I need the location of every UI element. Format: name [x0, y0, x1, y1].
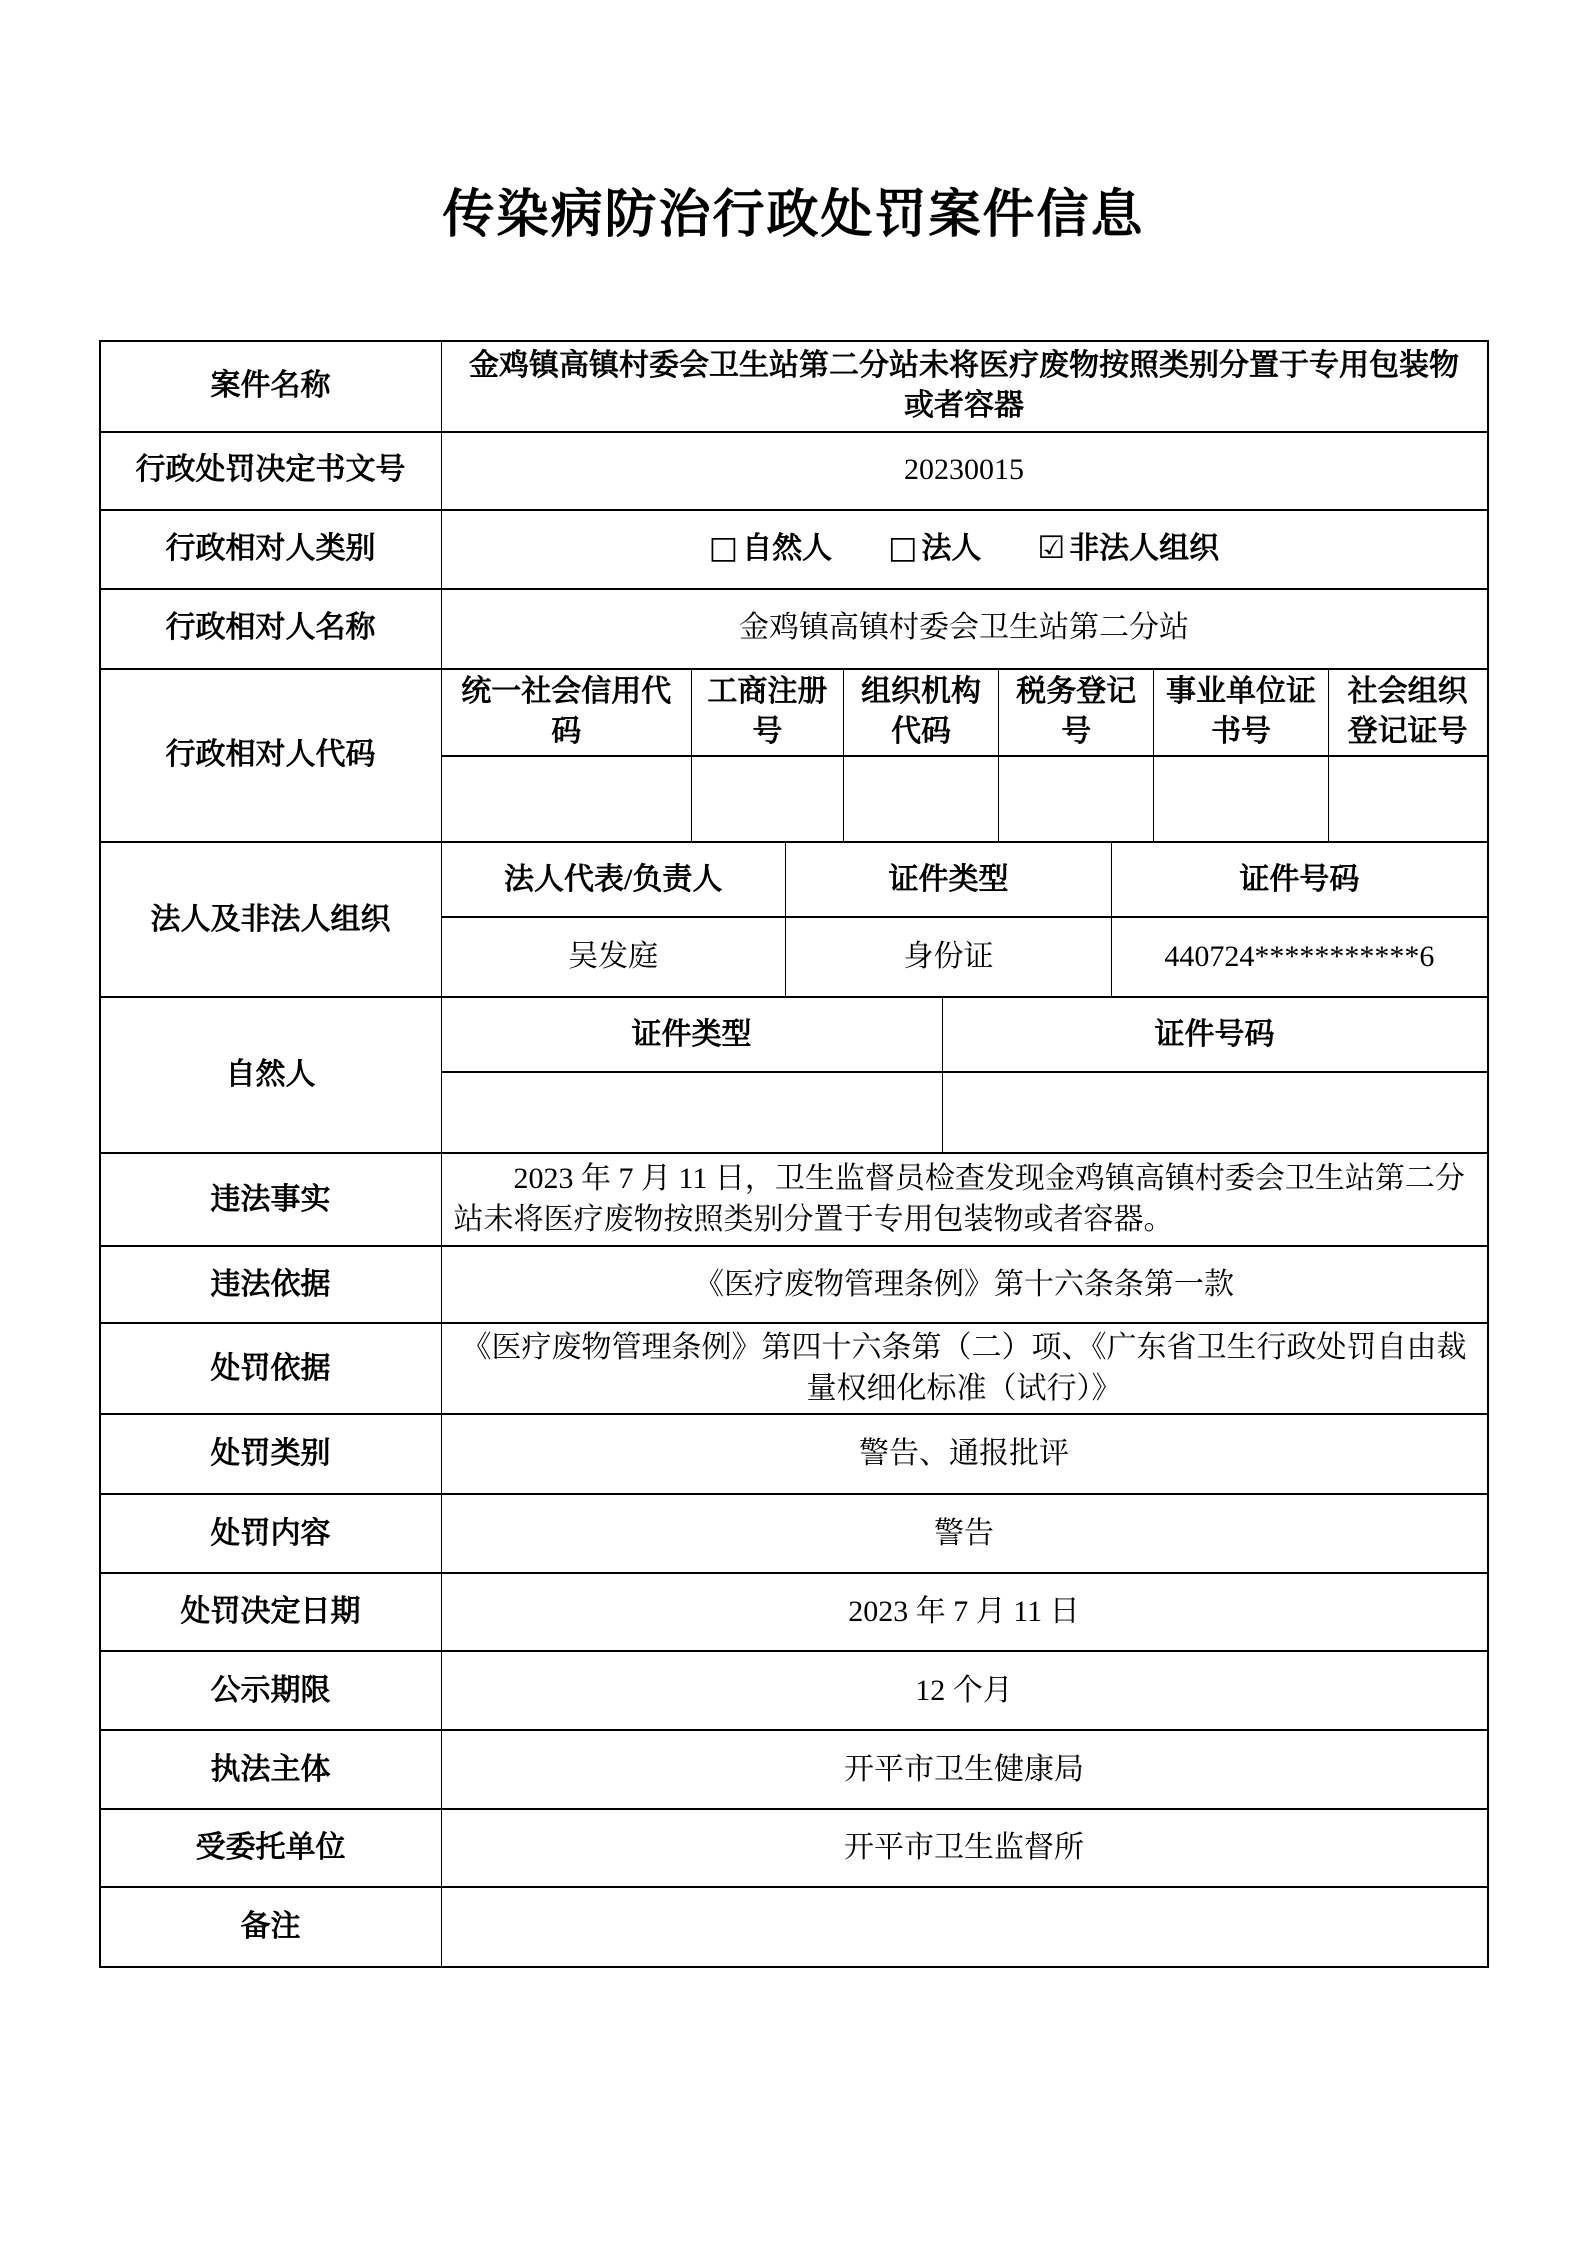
penalty-type-value: 警告、通报批评	[442, 1415, 1487, 1493]
subtable-value	[942, 1073, 1487, 1152]
row-label: 法人及非法人组织	[101, 843, 442, 996]
legal-org-subtable: 法人代表/负责人 证件类型 证件号码 吴发庭 身份证 440724*******…	[442, 843, 1487, 996]
option-label: 法人	[921, 529, 981, 570]
subtable-value	[1153, 757, 1328, 842]
subtable-header: 事业单位证书号	[1153, 670, 1328, 757]
subtable-value	[691, 757, 843, 842]
decision-doc-no-value: 20230015	[442, 433, 1487, 509]
checkbox-unchecked-icon: □	[709, 533, 738, 564]
table-row-party-codes: 行政相对人代码 统一社会信用代码 工商注册号 组织机构代码 税务登记号 事业单位…	[101, 668, 1487, 842]
illegal-basis-value: 《医疗废物管理条例》第十六条条第一款	[442, 1247, 1487, 1322]
row-label: 行政处罚决定书文号	[101, 433, 442, 509]
table-row-case-name: 案件名称 金鸡镇高镇村委会卫生站第二分站未将医疗废物按照类别分置于专用包装物或者…	[101, 342, 1487, 431]
enforcement-body-value: 开平市卫生健康局	[442, 1731, 1487, 1808]
subtable-header: 证件号码	[942, 998, 1487, 1073]
cert-number-value: 440724***********6	[1111, 918, 1486, 996]
party-type-options: □ 自然人 □ 法人 ☑ 非法人组织	[442, 511, 1487, 588]
table-row-party-name: 行政相对人名称 金鸡镇高镇村委会卫生站第二分站	[101, 588, 1487, 668]
row-label: 自然人	[101, 998, 442, 1152]
case-name-value: 金鸡镇高镇村委会卫生站第二分站未将医疗废物按照类别分置于专用包装物或者容器	[442, 342, 1487, 431]
legal-rep-name: 吴发庭	[442, 918, 785, 996]
row-label: 公示期限	[101, 1652, 442, 1729]
option-label: 非法人组织	[1069, 529, 1219, 570]
table-row-publicity-period: 公示期限 12 个月	[101, 1650, 1487, 1729]
table-row-remarks: 备注	[101, 1886, 1487, 1966]
option-natural-person: □ 自然人	[709, 529, 832, 570]
publicity-period-value: 12 个月	[442, 1652, 1487, 1729]
row-label: 行政相对人名称	[101, 590, 442, 668]
page-title: 传染病防治行政处罚案件信息	[0, 0, 1587, 250]
table-row-illegal-facts: 违法事实 2023 年 7 月 11 日，卫生监督员检查发现金鸡镇高镇村委会卫生…	[101, 1152, 1487, 1245]
table-row-penalty-type: 处罚类别 警告、通报批评	[101, 1413, 1487, 1493]
penalty-date-value: 2023 年 7 月 11 日	[442, 1574, 1487, 1650]
table-row-penalty-date: 处罚决定日期 2023 年 7 月 11 日	[101, 1572, 1487, 1650]
subtable-value	[442, 1073, 942, 1152]
subtable-header: 统一社会信用代码	[442, 670, 692, 757]
row-label: 执法主体	[101, 1731, 442, 1808]
table-row-illegal-basis: 违法依据 《医疗废物管理条例》第十六条条第一款	[101, 1245, 1487, 1322]
table-row-entrusted-unit: 受委托单位 开平市卫生监督所	[101, 1808, 1487, 1886]
subtable-header: 证件号码	[1111, 843, 1486, 918]
illegal-facts-cell: 2023 年 7 月 11 日，卫生监督员检查发现金鸡镇高镇村委会卫生站第二分站…	[442, 1154, 1487, 1245]
party-codes-subtable: 统一社会信用代码 工商注册号 组织机构代码 税务登记号 事业单位证书号 社会组织…	[442, 670, 1487, 842]
natural-person-subtable: 证件类型 证件号码	[442, 998, 1487, 1152]
row-label: 备注	[101, 1888, 442, 1966]
checkbox-unchecked-icon: □	[888, 533, 917, 564]
party-name-value: 金鸡镇高镇村委会卫生站第二分站	[442, 590, 1487, 668]
illegal-facts-value: 2023 年 7 月 11 日，卫生监督员检查发现金鸡镇高镇村委会卫生站第二分站…	[454, 1159, 1475, 1240]
row-label: 受委托单位	[101, 1810, 442, 1886]
row-label: 处罚内容	[101, 1495, 442, 1572]
row-label: 处罚决定日期	[101, 1574, 442, 1650]
option-legal-person: □ 法人	[888, 529, 981, 570]
table-row-enforcement-body: 执法主体 开平市卫生健康局	[101, 1729, 1487, 1808]
table-row-penalty-basis: 处罚依据 《医疗废物管理条例》第四十六条第（二）项、《广东省卫生行政处罚自由裁量…	[101, 1322, 1487, 1413]
subtable-header: 工商注册号	[691, 670, 843, 757]
subtable-header: 证件类型	[785, 843, 1111, 918]
row-label: 案件名称	[101, 342, 442, 431]
document-page: { "title": "传染病防治行政处罚案件信息", "rows": { "c…	[0, 0, 1587, 2245]
checkbox-checked-icon: ☑	[1037, 533, 1065, 564]
row-label: 违法依据	[101, 1247, 442, 1322]
table-row-natural-person: 自然人 证件类型 证件号码	[101, 996, 1487, 1152]
subtable-value	[843, 757, 999, 842]
table-row-penalty-content: 处罚内容 警告	[101, 1493, 1487, 1572]
row-label: 违法事实	[101, 1154, 442, 1245]
row-label: 行政相对人类别	[101, 511, 442, 588]
option-unincorporated-org: ☑ 非法人组织	[1037, 529, 1219, 570]
row-label: 行政相对人代码	[101, 670, 442, 842]
row-label: 处罚类别	[101, 1415, 442, 1493]
penalty-basis-value: 《医疗废物管理条例》第四十六条第（二）项、《广东省卫生行政处罚自由裁量权细化标准…	[442, 1324, 1487, 1413]
subtable-value	[998, 757, 1153, 842]
cert-type-value: 身份证	[785, 918, 1111, 996]
entrusted-unit-value: 开平市卫生监督所	[442, 1810, 1487, 1886]
penalty-content-value: 警告	[442, 1495, 1487, 1572]
subtable-header: 税务登记号	[998, 670, 1153, 757]
row-label: 处罚依据	[101, 1324, 442, 1413]
subtable-header: 组织机构代码	[843, 670, 999, 757]
subtable-value	[1328, 757, 1487, 842]
subtable-value	[442, 757, 692, 842]
subtable-header: 法人代表/负责人	[442, 843, 785, 918]
table-row-legal-org: 法人及非法人组织 法人代表/负责人 证件类型 证件号码 吴发庭 身份证 4407…	[101, 841, 1487, 996]
case-info-table: 案件名称 金鸡镇高镇村委会卫生站第二分站未将医疗废物按照类别分置于专用包装物或者…	[99, 340, 1489, 1969]
table-row-decision-doc-no: 行政处罚决定书文号 20230015	[101, 431, 1487, 509]
subtable-header: 社会组织登记证号	[1328, 670, 1487, 757]
table-row-party-type: 行政相对人类别 □ 自然人 □ 法人 ☑ 非法人组织	[101, 509, 1487, 588]
subtable-header: 证件类型	[442, 998, 942, 1073]
remarks-value	[442, 1888, 1487, 1966]
option-label: 自然人	[742, 529, 832, 570]
